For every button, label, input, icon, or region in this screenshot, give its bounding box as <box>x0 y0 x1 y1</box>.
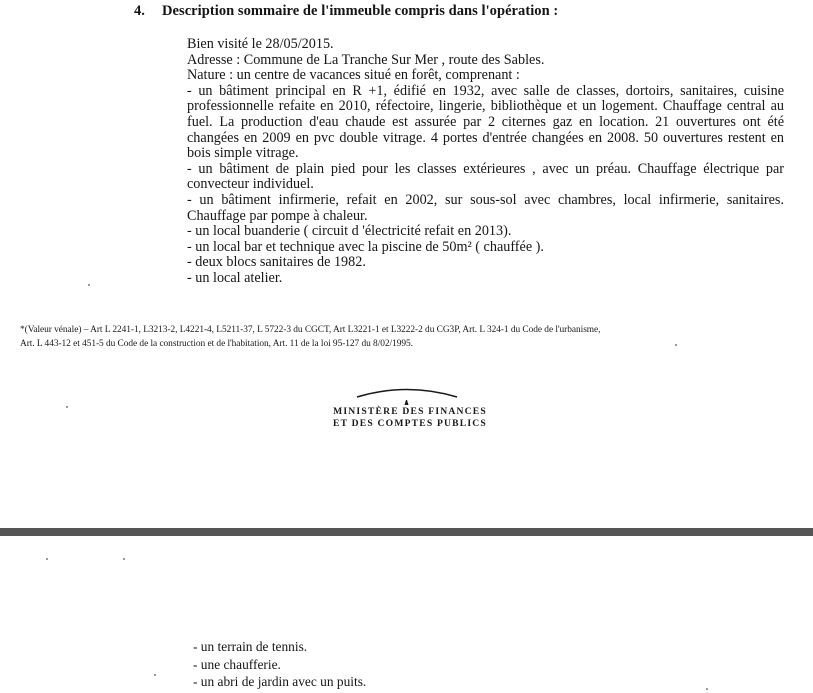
section-heading: 4.Description sommaire de l'immeuble com… <box>134 3 558 20</box>
footnote-line-1: *(Valeur vénale) – Art L 2241-1, L3213-2… <box>20 323 800 337</box>
list-item: - un local atelier. <box>187 271 784 287</box>
list-item: - un bâtiment infirmerie, refait en 2002… <box>187 193 784 224</box>
page-break-separator <box>0 528 813 536</box>
scan-speck <box>706 688 708 690</box>
list-item: - un bâtiment de plain pied pour les cla… <box>187 162 784 193</box>
section-number: 4. <box>134 3 162 20</box>
list-item: - deux blocs sanitaires de 1982. <box>187 255 784 271</box>
address-line: Adresse : Commune de La Tranche Sur Mer … <box>187 53 784 69</box>
ministry-arc-emblem-icon <box>320 384 500 408</box>
document-page: 4.Description sommaire de l'immeuble com… <box>0 0 813 693</box>
ministry-name: MINISTÈRE DES FINANCES ET DES COMPTES PU… <box>328 406 492 430</box>
list-item: - un bâtiment principal en R +1, édifié … <box>187 84 784 162</box>
scan-speck <box>46 558 48 560</box>
scan-speck <box>88 284 90 286</box>
list-item: - un local buanderie ( circuit d 'électr… <box>187 224 784 240</box>
scan-speck <box>154 674 156 676</box>
section-title: Description sommaire de l'immeuble compr… <box>162 3 558 19</box>
property-description-continued: - un terrain de tennis. - une chaufferie… <box>193 638 366 691</box>
scan-speck <box>675 344 677 346</box>
footnote-line-2: Art. L 443-12 et 451-5 du Code de la con… <box>20 337 800 351</box>
list-item: - une chaufferie. <box>193 656 366 674</box>
ministry-logo: MINISTÈRE DES FINANCES ET DES COMPTES PU… <box>320 384 500 434</box>
list-item: - un local bar et technique avec la pisc… <box>187 240 784 256</box>
nature-line: Nature : un centre de vacances situé en … <box>187 68 784 84</box>
scan-speck <box>123 558 125 560</box>
ministry-name-line-1: MINISTÈRE DES FINANCES <box>328 406 492 418</box>
visit-date-line: Bien visité le 28/05/2015. <box>187 37 784 53</box>
legal-footnote: *(Valeur vénale) – Art L 2241-1, L3213-2… <box>20 323 800 351</box>
scan-speck <box>66 406 68 408</box>
list-item: - un abri de jardin avec un puits. <box>193 673 366 691</box>
ministry-name-line-2: ET DES COMPTES PUBLICS <box>328 418 492 430</box>
property-description: Bien visité le 28/05/2015. Adresse : Com… <box>187 37 784 287</box>
list-item: - un terrain de tennis. <box>193 638 366 656</box>
